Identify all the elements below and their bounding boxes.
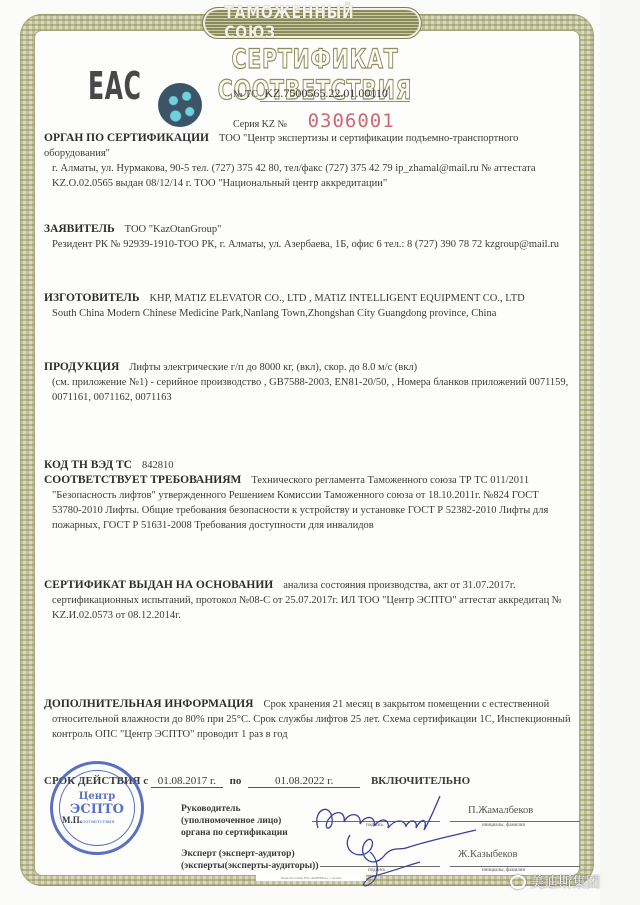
- customs-union-banner: ТАМОЖЕННЫЙ СОЮЗ: [203, 8, 421, 38]
- expert-label-line-1: Эксперт (эксперт-аудитор): [181, 848, 319, 860]
- additional-info-line-3: контроль ОПС "Центр ЭСПТО" проводит 1 ра…: [44, 727, 574, 742]
- certification-body-address: г. Алматы, ул. Нурмакова, 90-5 тел. (727…: [44, 161, 574, 176]
- basis-line-1: анализа состояния производства, акт от 3…: [283, 580, 515, 591]
- compliance-label: СООТВЕТСТВУЕТ ТРЕБОВАНИЯМ: [44, 474, 241, 486]
- additional-info-section: ДОПОЛНИТЕЛЬНАЯ ИНФОРМАЦИЯСрок хранения 2…: [44, 697, 574, 742]
- manufacturer-name: KHP, MATIZ ELEVATOR CO., LTD , MATIZ INT…: [149, 293, 524, 304]
- series-label: Серия KZ №: [233, 119, 287, 130]
- head-name-caption: инициалы, фамилия: [482, 823, 525, 828]
- applicant-name: ТОО "KazOtanGroup": [125, 224, 222, 235]
- compliance-line-2: "Безопасность лифтов" утвержденного Реше…: [44, 488, 574, 503]
- additional-info-line-1: Срок хранения 21 месяц в закрытом помеще…: [263, 699, 549, 710]
- head-label-line-1: Руководитель: [181, 803, 288, 815]
- manufacturer-section: ИЗГОТОВИТЕЛЬKHP, MATIZ ELEVATOR CO., LTD…: [44, 291, 574, 321]
- series-line: Серия KZ № 0306001: [233, 110, 395, 132]
- tc-number-line: № ТС KZ.7500565.22.01.00110: [233, 86, 410, 102]
- wechat-icon: [510, 875, 526, 889]
- tc-number: KZ.7500565.22.01.00110: [260, 86, 410, 102]
- watermark: 美迪斯集团: [510, 872, 600, 892]
- customs-union-text: ТАМОЖЕННЫЙ СОЮЗ: [224, 3, 399, 43]
- compliance-regulation: Технического регламента Таможенного союз…: [251, 475, 529, 486]
- stamp-line-1: Центр: [79, 791, 116, 802]
- seal-mark: М.П.: [62, 815, 82, 825]
- additional-info-label: ДОПОЛНИТЕЛЬНАЯ ИНФОРМАЦИЯ: [44, 698, 253, 710]
- applicant-details: Резидент РК № 92939-1910-ТОО РК, г. Алма…: [44, 237, 574, 252]
- certification-body-label: ОРГАН ПО СЕРТИФИКАЦИИ: [44, 132, 209, 144]
- watermark-text: 美迪斯集团: [530, 872, 600, 892]
- head-signatory-label: Руководитель (уполномоченное лицо) орган…: [181, 803, 288, 839]
- hs-code-label: КОД ТН ВЭД ТС: [44, 459, 132, 471]
- expert-label-line-2: (эксперты(эксперты-аудиторы)): [181, 860, 319, 872]
- basis-label: СЕРТИФИКАТ ВЫДАН НА ОСНОВАНИИ: [44, 579, 273, 591]
- basis-line-2: сертификационных испытаний, протокол №08…: [44, 593, 574, 608]
- page-margin: [600, 0, 640, 905]
- hologram-icon: [158, 83, 202, 127]
- hs-code-value: 842810: [142, 460, 174, 471]
- stamp-line-3: соответствия: [80, 819, 115, 825]
- applicant-label: ЗАЯВИТЕЛЬ: [44, 223, 115, 235]
- applicant-section: ЗАЯВИТЕЛЬТОО "KazOtanGroup" Резидент РК …: [44, 222, 574, 252]
- basis-line-3: KZ.И.02.0573 от 08.12.2014г.: [44, 608, 574, 623]
- manufacturer-address: South China Modern Chinese Medicine Park…: [44, 306, 574, 321]
- expert-signatory-label: Эксперт (эксперт-аудитор) (эксперты(эксп…: [181, 848, 319, 872]
- compliance-line-4: пожарных, ГОСТ Р 51631-2008 Требования д…: [44, 518, 574, 533]
- compliance-line-3: 53780-2010 Лифты. Общие требования безоп…: [44, 503, 574, 518]
- eac-logo: ЕАС: [88, 64, 141, 108]
- tc-label: № ТС: [233, 89, 258, 100]
- additional-info-line-2: относительной влажности до 80% при 25°С.…: [44, 712, 574, 727]
- head-label-line-2: (уполномоченное лицо): [181, 815, 288, 827]
- basis-section: СЕРТИФИКАТ ВЫДАН НА ОСНОВАНИИанализа сос…: [44, 578, 574, 623]
- validity-suffix: ВКЛЮЧИТЕЛЬНО: [371, 775, 470, 787]
- validity-from: 01.08.2017 г.: [151, 775, 223, 788]
- validity-to: 01.08.2022 г.: [248, 775, 360, 788]
- head-label-line-3: органа по сертификации: [181, 827, 288, 839]
- products-appendix-numbers: 0071161, 0071162, 0071163: [44, 390, 574, 405]
- manufacturer-label: ИЗГОТОВИТЕЛЬ: [44, 292, 139, 304]
- certification-body-section: ОРГАН ПО СЕРТИФИКАЦИИТОО "Центр эксперти…: [44, 131, 574, 191]
- printer-imprint: Бланк изготовлен РГП «КазНИИСА», г. Аста…: [256, 875, 366, 881]
- products-label: ПРОДУКЦИЯ: [44, 361, 119, 373]
- official-stamp: Центр ЭСПТО соответствия: [50, 761, 144, 855]
- compliance-section: КОД ТН ВЭД ТС842810 СООТВЕТСТВУЕТ ТРЕБОВ…: [44, 458, 574, 533]
- certification-body-accreditation: KZ.O.02.0565 выдан 08/12/14 г. ТОО "Наци…: [44, 176, 574, 191]
- series-number: 0306001: [308, 110, 395, 132]
- products-details: (см. приложение №1) - серийное производс…: [44, 375, 574, 390]
- products-section: ПРОДУКЦИЯЛифты электрические г/п до 8000…: [44, 360, 574, 405]
- products-description: Лифты электрические г/п до 8000 кг, (вкл…: [129, 362, 417, 373]
- validity-to-label: по: [230, 775, 242, 787]
